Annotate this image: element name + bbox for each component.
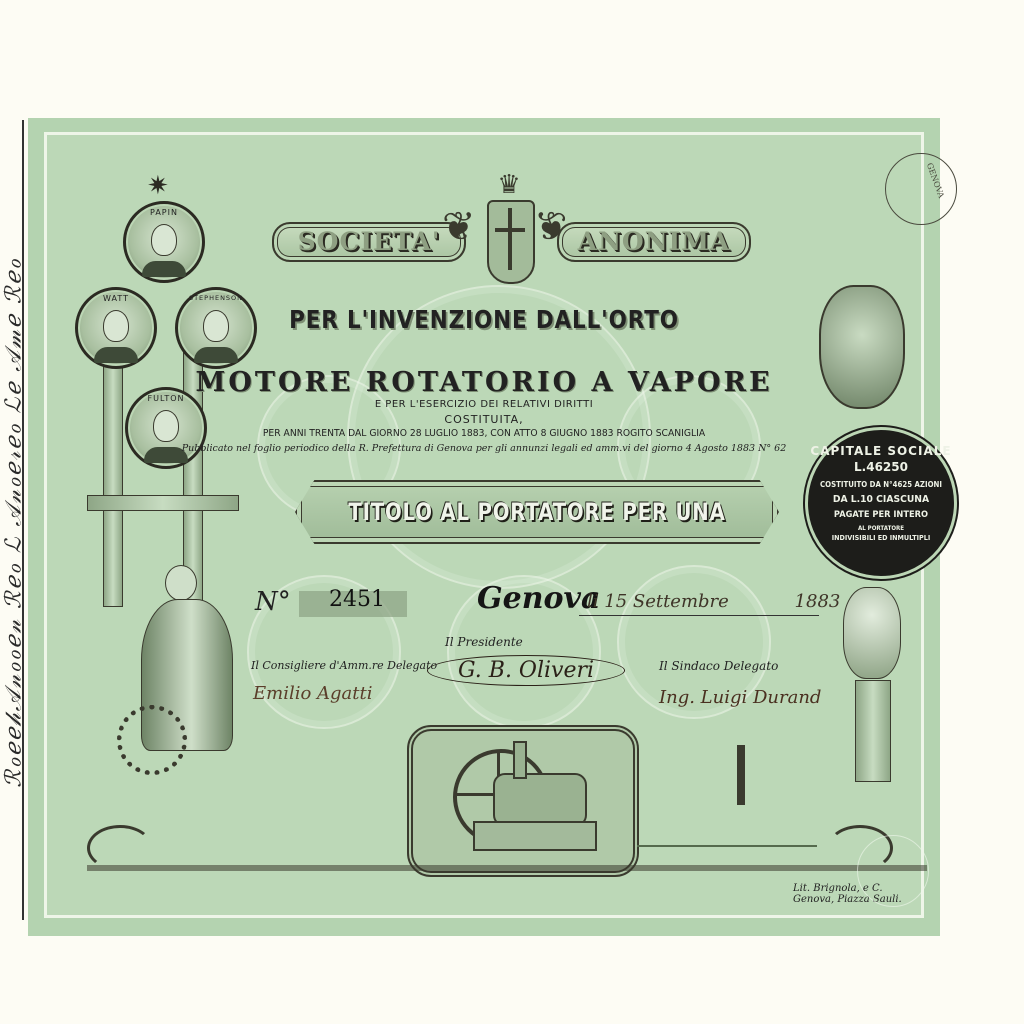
publication-text: Pubblicato nel foglio periodico della R.… [47,443,921,454]
capital-shares: COSTITUITO DA N°4625 AZIONI [814,480,948,489]
share-number: 2451 [329,587,385,612]
heading-invention: PER L'INVENZIONE DALL'ORTO [108,305,860,334]
issue-year: 1883 [795,591,841,612]
banner-right: ANONIMA [557,222,751,262]
column-capital [87,495,239,511]
capital-bearer: AL PORTATORE [814,525,948,532]
duration-text: PER ANNI TRENTA DAL GIORNO 28 LUGLIO 188… [82,428,886,439]
crown-icon: ♛ [472,170,546,200]
engine-base [473,821,597,851]
portrait-medallion-papin: PAPIN [123,201,205,283]
cross-shield-icon [487,200,535,284]
harbor-scene [637,805,817,847]
capital-medallion: CAPITALE SOCIALE L.46250 COSTITUITO DA N… [805,427,957,579]
radiant-star-icon: ✷ [147,171,169,201]
president-label: Il Presidente [445,635,523,649]
director-label: Il Consigliere d'Amm.re Delegato [251,659,437,672]
counterfoil-stub: ℛℴℯℯ𝒽𝒜𝓃ℴℴℯ𝓃 ℛℯℴ ℒ 𝒜𝓃ℴℯ𝓇ℯℴ ℒℯ 𝒜𝓂ℯ ℛℯℴ [0,120,20,920]
number-label: N° [255,587,291,617]
right-pedestal [855,680,891,782]
header-cartouche: ♛ SOCIETA' ❦ ❦ ANONIMA [272,210,742,270]
issue-day-month: li 15 Settembre [587,591,729,612]
ground-line [87,865,927,871]
perforation-line [22,120,24,920]
cherub-figure [843,587,901,679]
portrait-bust [142,261,186,277]
capital-share-value: DA L.10 CIASCUNA [814,494,948,505]
heading-motor: MOTORE ROTATORIO A VAPORE [47,367,921,398]
engine-chimney [513,741,527,779]
capital-title: CAPITALE SOCIALE [808,444,954,458]
griffin-left-icon: ❦ [442,204,476,250]
embossed-seal [857,835,929,907]
portrait-bust [94,347,138,363]
subheading-rights: E PER L'ESERCIZIO DEI RELATIVI DIRITTI [47,399,921,410]
certificate-inner-border: ♛ SOCIETA' ❦ ❦ ANONIMA ✷ PAPIN WATT STEP… [44,132,924,918]
capital-amount: L.46250 [808,460,954,474]
lighthouse-icon [737,745,745,805]
capital-indivisible: INDIVISIBILI ED INMULTIPLI [814,534,948,542]
auditor-label: Il Sindaco Delegato [659,659,778,673]
figure-head [165,565,197,601]
title-cartouche: TITOLO AL PORTATORE PER UNA AZIONE [295,480,779,544]
grotesque-mask [819,285,905,409]
portrait-face [151,224,177,256]
portrait-bust [194,347,238,363]
steam-engine-vignette [407,725,639,877]
engine-boiler [493,773,587,827]
banner-left: SOCIETA' [272,222,466,262]
director-signature: Emilio Agatti [253,683,373,704]
subheading-costituita: COSTITUITA, [47,413,921,426]
gear-icon [117,705,187,775]
issue-date: li 15 Settembre 1883 [587,591,840,612]
official-stamp: GENOVA [885,153,957,225]
banner-left-text: SOCIETA' [274,224,464,260]
allegorical-figure [117,565,267,765]
city-name: Genova [477,581,600,616]
date-underline [579,615,819,616]
auditor-signature: Ing. Luigi Durand [659,687,821,708]
capital-paid: PAGATE PER INTERO [814,510,948,520]
stamp-text: GENOVA [925,162,946,200]
president-signature: G. B. Oliveri [427,655,625,686]
certificate: ♛ SOCIETA' ❦ ❦ ANONIMA ✷ PAPIN WATT STEP… [28,118,940,936]
banner-right-text: ANONIMA [559,224,749,260]
scroll-ornament [87,825,153,871]
